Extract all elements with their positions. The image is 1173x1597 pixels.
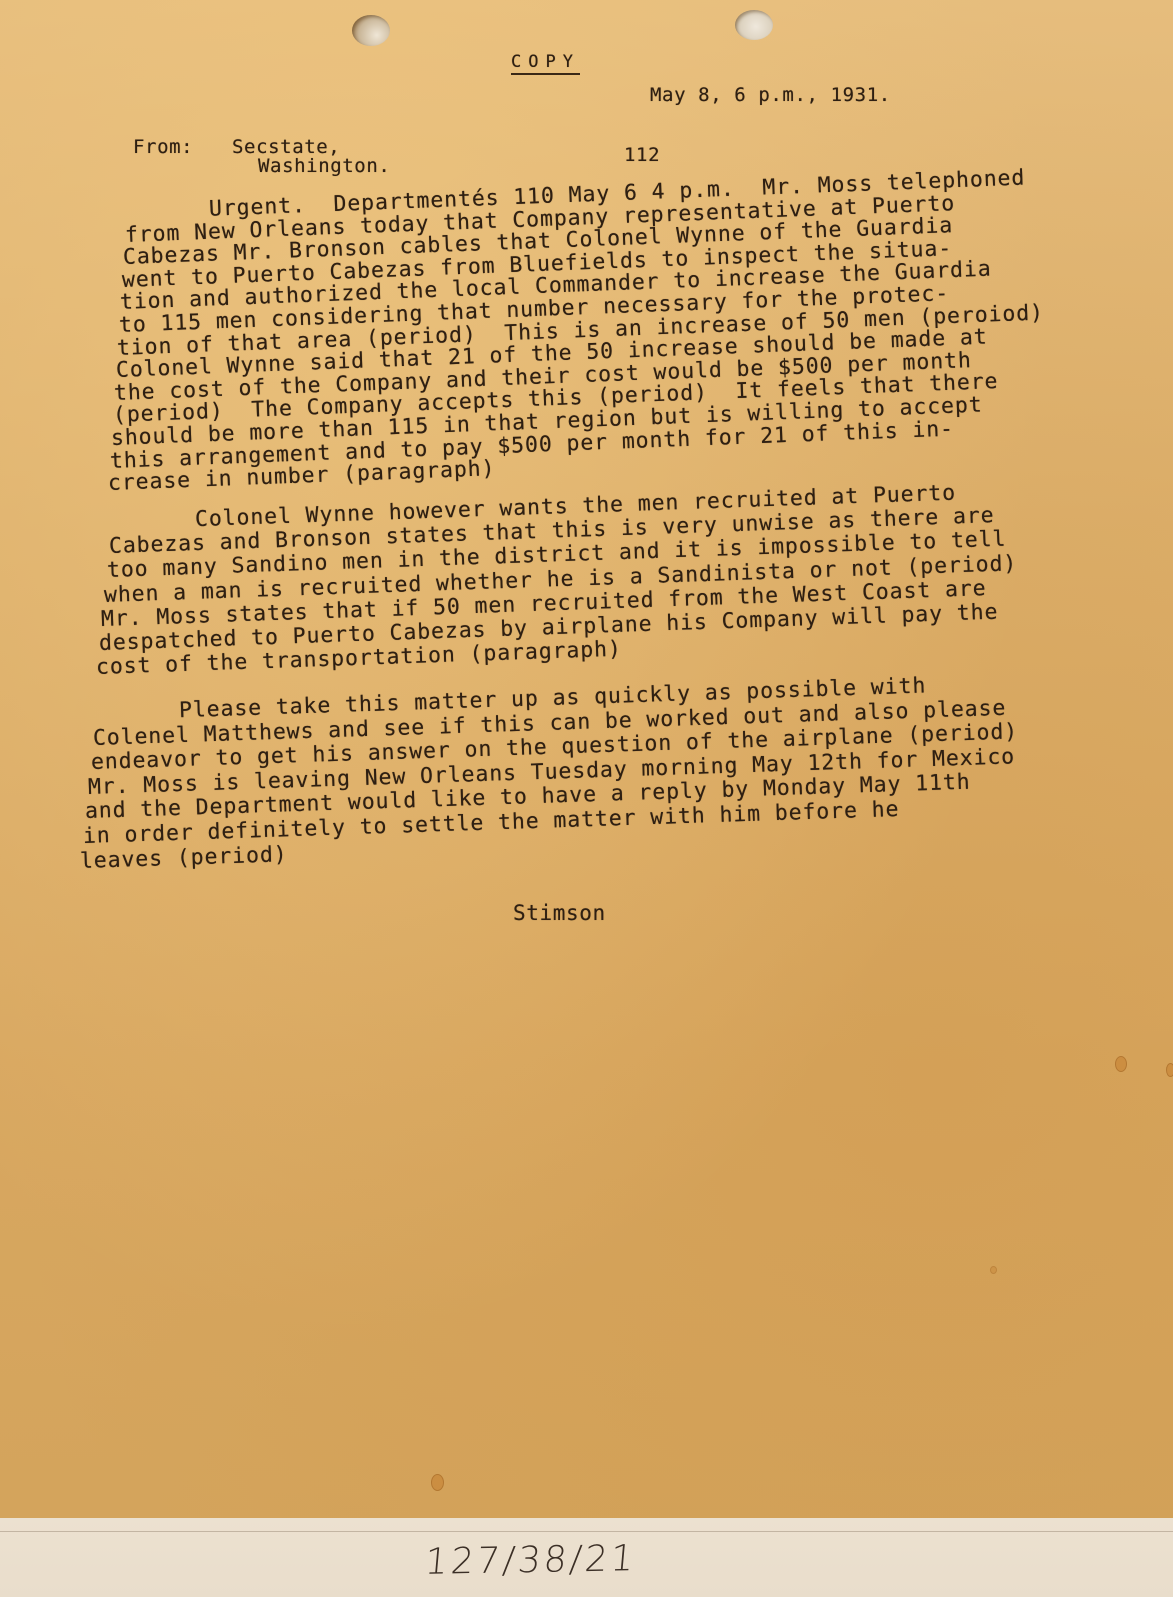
date-line: May 8, 6 p.m., 1931. xyxy=(650,84,891,106)
from-label: From: xyxy=(133,136,193,158)
paper-sheet: COPY May 8, 6 p.m., 1931. From: Secstate… xyxy=(0,0,1173,1520)
archive-reference: 127/38/21 xyxy=(423,1538,638,1583)
stain-mark xyxy=(990,1266,997,1274)
stain-mark xyxy=(1115,1056,1127,1072)
copy-heading: COPY xyxy=(511,52,580,75)
from-location: Washington. xyxy=(258,155,390,177)
punch-hole-left xyxy=(352,15,390,46)
document-photo: COPY May 8, 6 p.m., 1931. From: Secstate… xyxy=(0,0,1173,1597)
signature: Stimson xyxy=(513,901,606,925)
punch-hole-right xyxy=(735,10,773,40)
stain-mark xyxy=(1166,1063,1173,1077)
message-number: 112 xyxy=(624,144,660,166)
stain-mark xyxy=(431,1474,444,1491)
strip-divider xyxy=(0,1531,1173,1532)
